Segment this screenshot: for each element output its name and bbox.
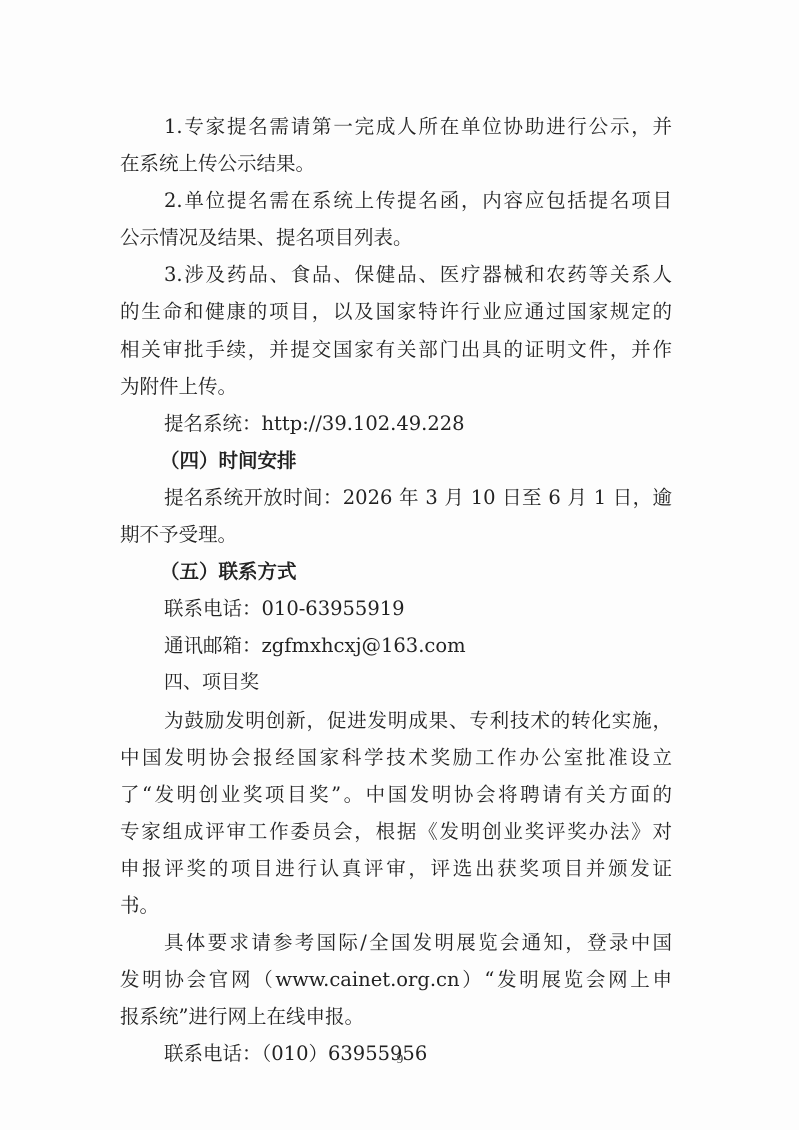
text-line: 发明协会官网（www.cainet.org.cn）“发明展览会网上申 [120, 961, 672, 998]
document-page: 1.专家提名需请第一完成人所在单位协助进行公示，并 在系统上传公示结果。 2.单… [0, 0, 799, 1130]
document-body: 1.专家提名需请第一完成人所在单位协助进行公示，并 在系统上传公示结果。 2.单… [120, 108, 672, 1072]
text-line: 的生命和健康的项目，以及国家特许行业应通过国家规定的 [120, 293, 672, 330]
section-heading-project-award: 四、项目奖 [120, 664, 672, 701]
text-line: 申报评奖的项目进行认真评审，评选出获奖项目并颁发证 [120, 850, 672, 887]
text-line: 公示情况及结果、提名项目列表。 [120, 219, 672, 256]
contact-email: 通讯邮箱：zgfmxhcxj@163.com [120, 627, 672, 664]
text-line: 期不予受理。 [120, 516, 672, 553]
text-line: 相关审批手续，并提交国家有关部门出具的证明文件，并作 [120, 331, 672, 368]
subheading-contact: （五）联系方式 [120, 553, 672, 590]
text-line: 2.单位提名需在系统上传提名函，内容应包括提名项目 [120, 182, 672, 219]
text-line: 为鼓励发明创新，促进发明成果、专利技术的转化实施， [120, 702, 672, 739]
text-line: 1.专家提名需请第一完成人所在单位协助进行公示，并 [120, 108, 672, 145]
page-number: 9 [390, 1051, 410, 1067]
text-line: 提名系统开放时间：2026 年 3 月 10 日至 6 月 1 日，逾 [120, 479, 672, 516]
text-line: 专家组成评审工作委员会，根据《发明创业奖评奖办法》对 [120, 813, 672, 850]
text-line: 书。 [120, 887, 672, 924]
text-line: 为附件上传。 [120, 368, 672, 405]
text-line: 具体要求请参考国际/全国发明展览会通知，登录中国 [120, 924, 672, 961]
text-line: 报系统”进行网上在线申报。 [120, 998, 672, 1035]
subheading-schedule: （四）时间安排 [120, 442, 672, 479]
text-line: 了“发明创业奖项目奖”。中国发明协会将聘请有关方面的 [120, 776, 672, 813]
nomination-system-url: 提名系统：http://39.102.49.228 [120, 405, 672, 442]
contact-phone: 联系电话：010-63955919 [120, 590, 672, 627]
text-line: 在系统上传公示结果。 [120, 145, 672, 182]
text-line: 中国发明协会报经国家科学技术奖励工作办公室批准设立 [120, 739, 672, 776]
text-line: 3.涉及药品、食品、保健品、医疗器械和农药等关系人 [120, 256, 672, 293]
